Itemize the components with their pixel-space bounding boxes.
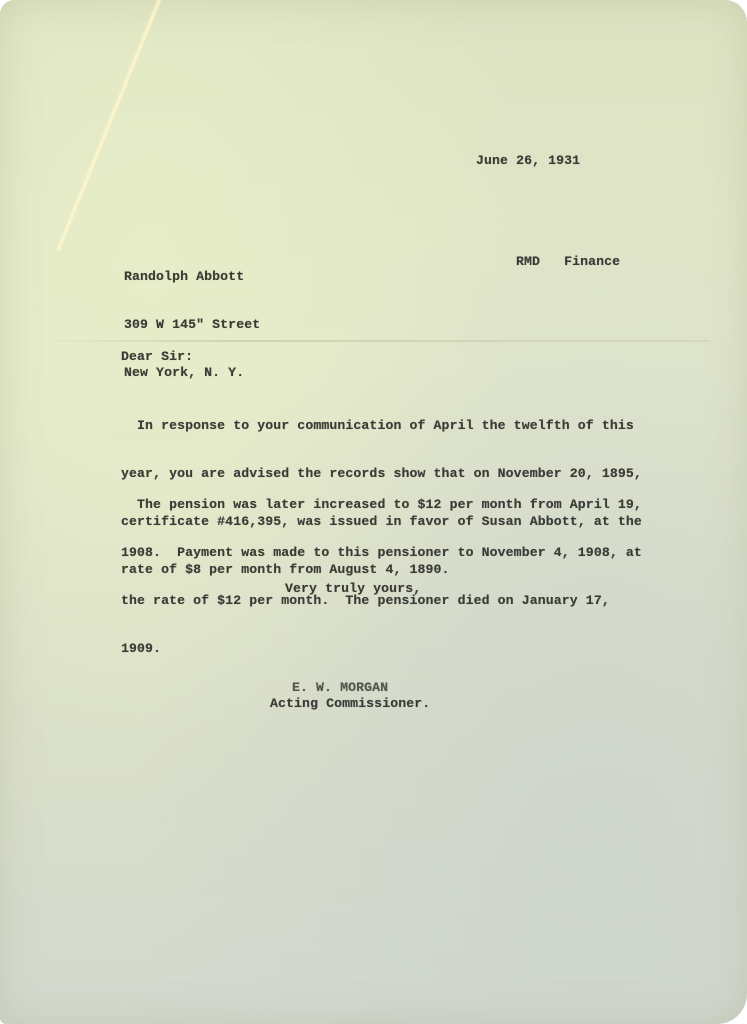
body-paragraph-2: The pension was later increased to $12 p… [121,465,642,689]
letter-page: June 26, 1931 Randolph Abbott 309 W 145"… [0,0,747,1024]
paragraph-line: 1909. [121,641,642,657]
paragraph-line: The pension was later increased to $12 p… [121,497,642,513]
closing: Very truly yours, [285,581,421,597]
paragraph-line: 1908. Payment was made to this pensioner… [121,545,642,561]
letter-date: June 26, 1931 [476,153,580,169]
reference-code: RMD Finance [516,254,620,270]
paragraph-line: In response to your communication of Apr… [121,418,642,434]
signature-title: Acting Commissioner. [270,696,430,712]
salutation: Dear Sir: [121,349,193,365]
signature-name: E. W. MORGAN [292,680,388,696]
recipient-street: 309 W 145" Street [124,317,260,333]
recipient-city: New York, N. Y. [124,365,260,381]
paper-fold-crease [55,0,165,252]
recipient-name: Randolph Abbott [124,269,260,285]
